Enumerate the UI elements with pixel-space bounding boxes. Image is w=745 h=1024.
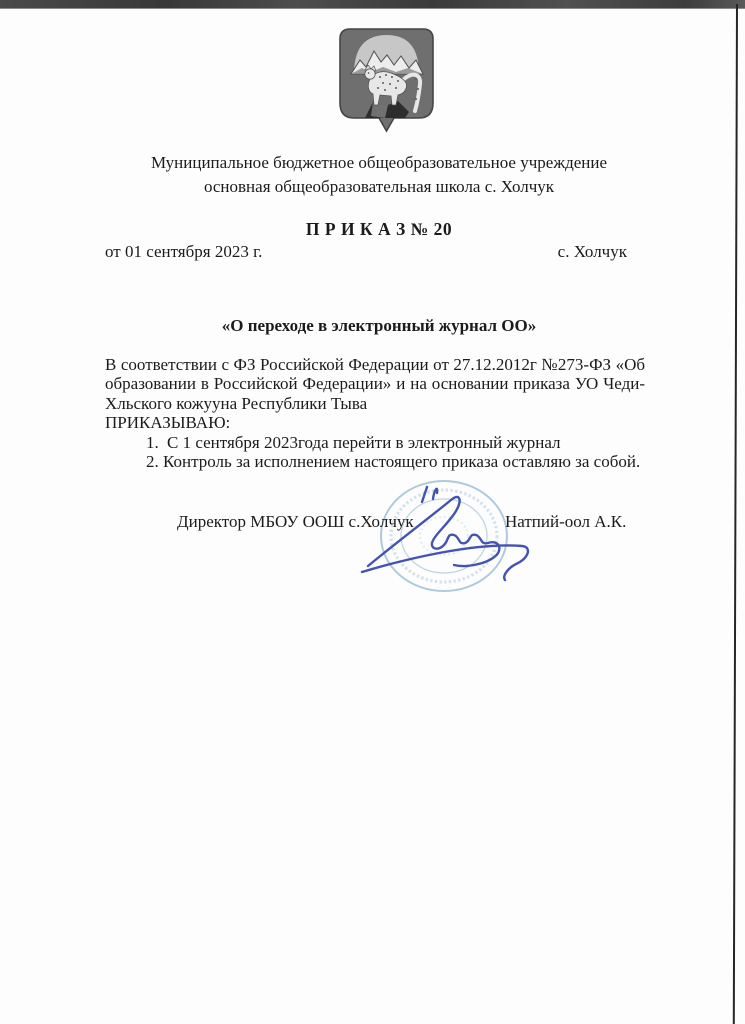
order-place: с. Холчук — [558, 242, 627, 262]
body-line: Хльского кожууна Республики Тыва — [105, 394, 645, 413]
org-name-line1: Муниципальное бюджетное общеобразователь… — [105, 151, 653, 175]
decree-label: ПРИКАЗЫВАЮ: — [105, 413, 645, 432]
item-number: 2. — [146, 452, 163, 471]
order-subject: «О переходе в электронный журнал ОО» — [105, 316, 653, 336]
body-line: В соответствии с ФЗ Российской Федерации… — [105, 355, 645, 374]
handwritten-signature — [352, 472, 537, 590]
order-item-1: 1. С 1 сентября 2023года перейти в элект… — [146, 433, 645, 452]
order-title: П Р И К А З № 20 — [105, 219, 653, 240]
document-page: Муниципальное бюджетное общеобразователь… — [0, 0, 745, 1024]
snow-leopard-emblem-icon — [338, 27, 435, 134]
date-row: от 01 сентября 2023 г. с. Холчук — [105, 242, 627, 262]
scan-edge-top — [0, 0, 745, 9]
order-body: В соответствии с ФЗ Российской Федерации… — [105, 355, 645, 471]
order-date: от 01 сентября 2023 г. — [105, 242, 262, 262]
body-line: образовании в Российской Федерации» и на… — [105, 374, 645, 393]
item-number: 1. — [146, 433, 167, 452]
item-text: Контроль за исполнением настоящего прика… — [163, 452, 640, 471]
org-name-line2: основная общеобразовательная школа с. Хо… — [105, 175, 653, 199]
order-item-2: 2. Контроль за исполнением настоящего пр… — [146, 452, 645, 471]
scan-edge-right — [733, 4, 738, 1024]
org-header: Муниципальное бюджетное общеобразователь… — [105, 151, 653, 199]
item-text: С 1 сентября 2023года перейти в электрон… — [167, 433, 561, 452]
